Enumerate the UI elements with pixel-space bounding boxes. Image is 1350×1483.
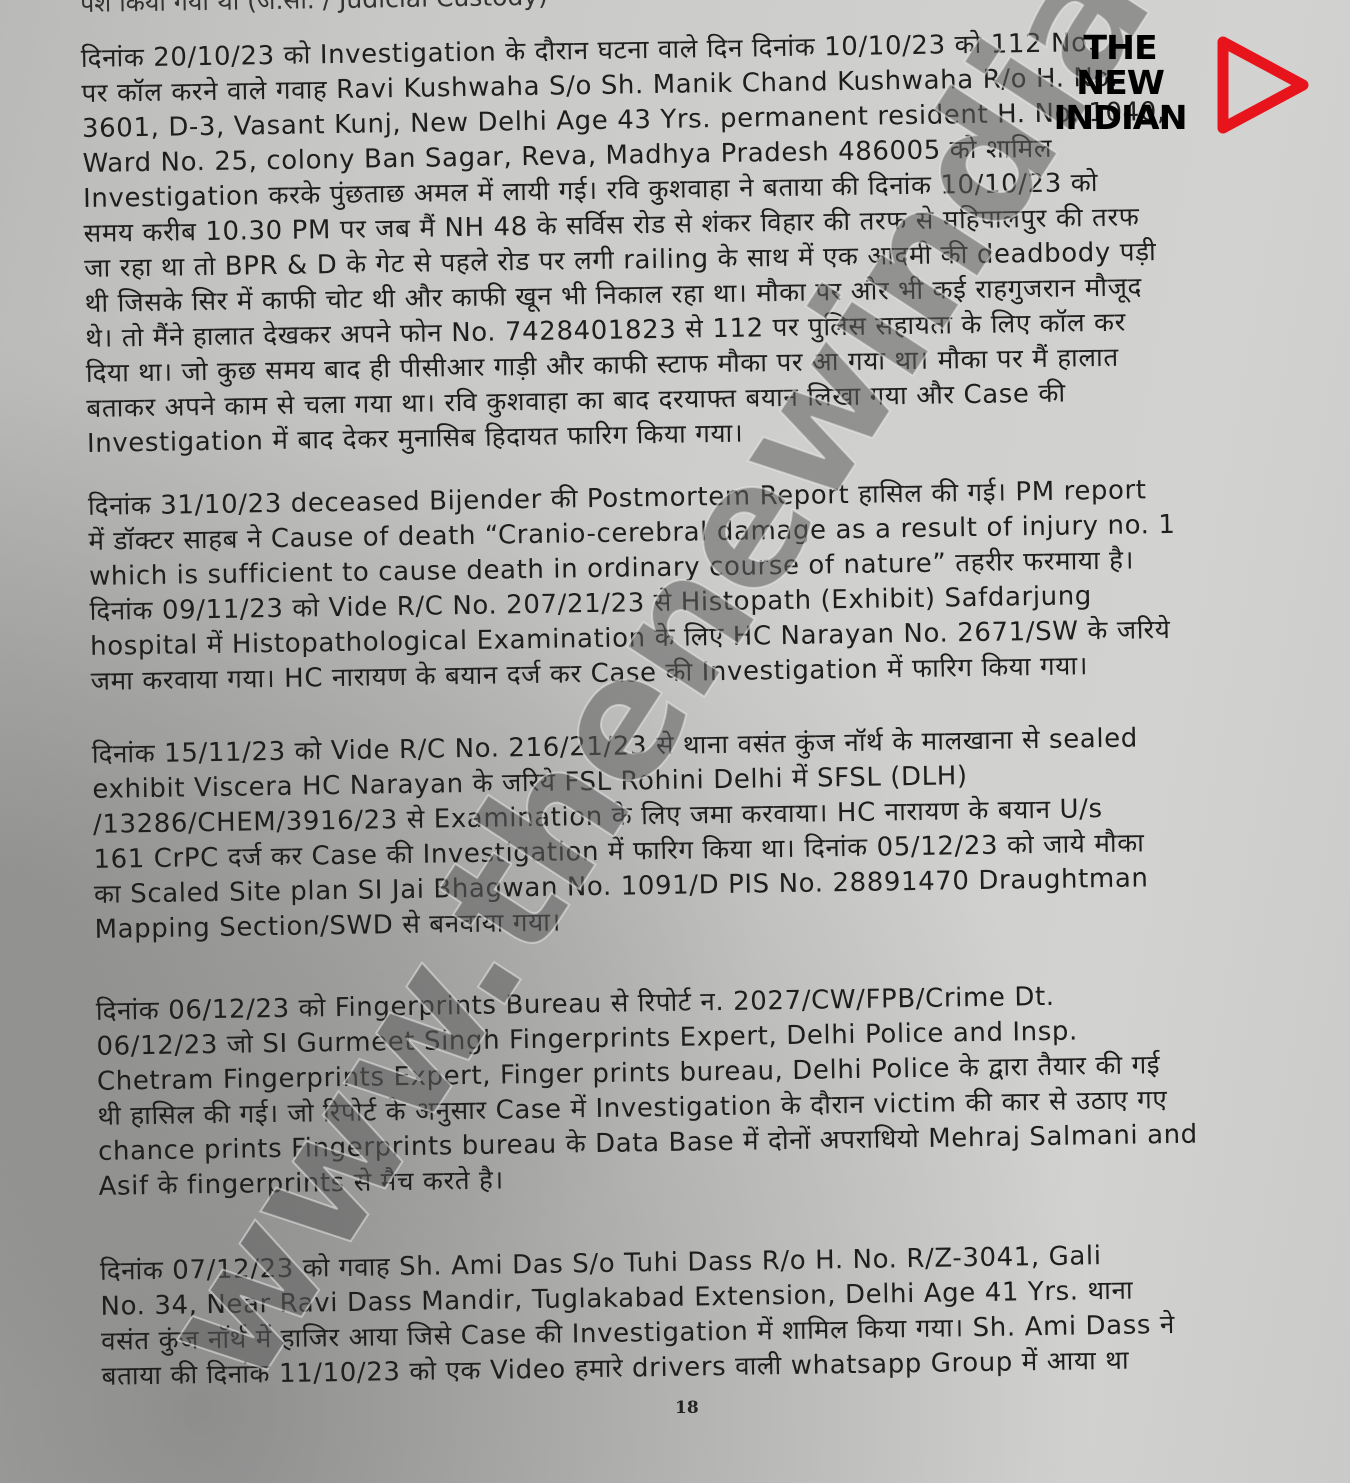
paragraph-viscera-fsl: दिनांक 15/11/23 को Vide R/C No. 216/21/2… xyxy=(92,719,1295,948)
paragraph-ami-das-witness: दिनांक 07/12/23 को गवाह Sh. Ami Das S/o … xyxy=(100,1236,1302,1395)
logo-line: INDIAN xyxy=(1036,100,1204,135)
logo-line: THE xyxy=(1036,30,1204,65)
top-partial-line: पेश किया गया था (जे.सी. / Judicial Custo… xyxy=(80,0,548,20)
the-new-indian-logo: THE NEW INDIAN xyxy=(1035,24,1315,144)
logo-wordmark: THE NEW INDIAN xyxy=(1040,30,1200,135)
paragraph-postmortem-report: दिनांक 31/10/23 deceased Bijender की Pos… xyxy=(88,471,1291,700)
play-icon xyxy=(1213,32,1313,138)
paragraph-fingerprints-bureau: दिनांक 06/12/23 को Fingerprints Bureau स… xyxy=(96,976,1299,1205)
page-number: 18 xyxy=(675,1398,699,1418)
logo-line: NEW xyxy=(1036,65,1204,100)
